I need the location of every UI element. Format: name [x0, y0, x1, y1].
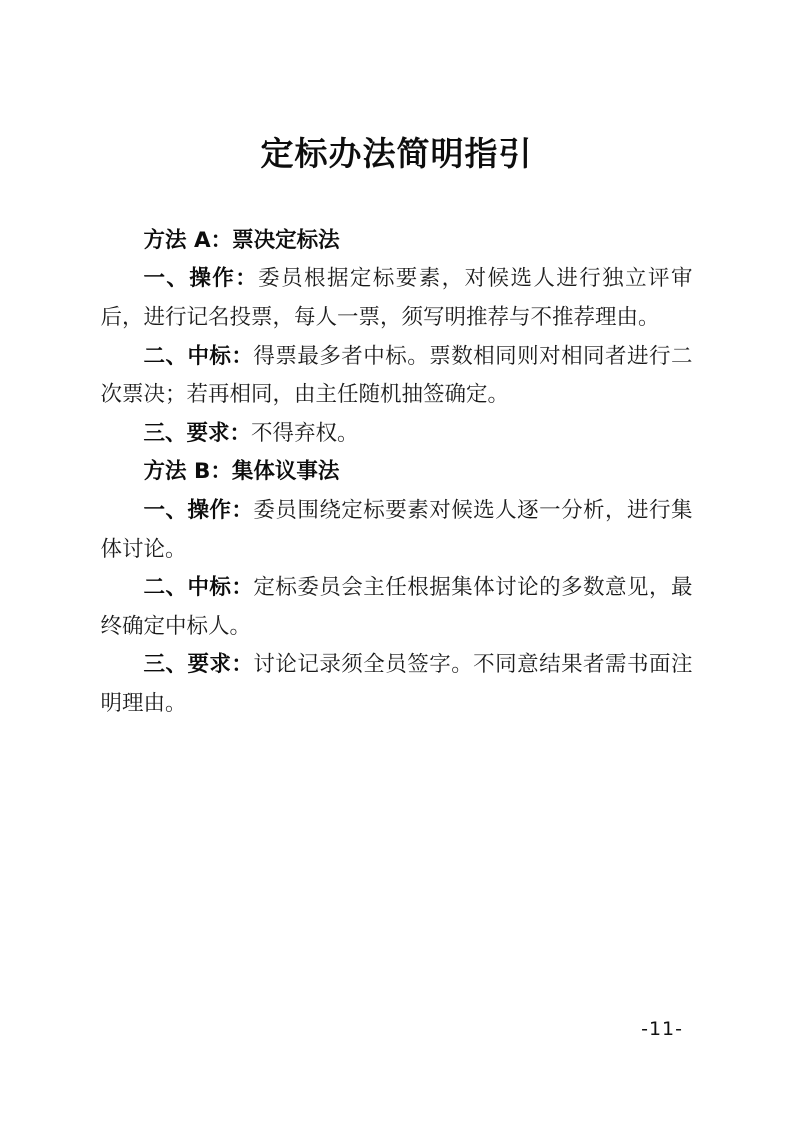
method-b-item-1: 一、操作：委员围绕定标要素对候选人逐一分析，进行集体讨论。 — [101, 492, 693, 569]
method-a-heading-label: 方法 A：票决定标法 — [144, 228, 340, 253]
method-b-item-2: 二、中标：定标委员会主任根据集体讨论的多数意见，最终确定中标人。 — [101, 569, 693, 646]
method-a-item-3-label: 三、要求： — [144, 421, 252, 446]
method-a-item-3-text: 不得弃权。 — [251, 421, 359, 446]
document-body: 方法 A：票决定标法 一、操作：委员根据定标要素，对候选人进行独立评审后，进行记… — [101, 222, 693, 724]
method-a-item-3: 三、要求：不得弃权。 — [101, 415, 693, 454]
page-number: -11- — [641, 1018, 683, 1040]
document-page: 定标办法简明指引 方法 A：票决定标法 一、操作：委员根据定标要素，对候选人进行… — [0, 0, 793, 1122]
method-b-item-1-label: 一、操作： — [144, 498, 254, 523]
method-b-item-3-label: 三、要求： — [144, 652, 254, 677]
page-title: 定标办法简明指引 — [0, 0, 793, 176]
method-a-item-2-label: 二、中标： — [144, 344, 254, 369]
method-b-item-2-label: 二、中标： — [144, 575, 254, 600]
method-a-heading: 方法 A：票决定标法 — [101, 222, 693, 261]
method-a-item-2: 二、中标：得票最多者中标。票数相同则对相同者进行二次票决；若再相同，由主任随机抽… — [101, 338, 693, 415]
method-a-item-1-label: 一、操作： — [144, 266, 259, 291]
method-b-heading-label: 方法 B：集体议事法 — [144, 459, 340, 484]
method-a-item-1: 一、操作：委员根据定标要素，对候选人进行独立评审后，进行记名投票，每人一票，须写… — [101, 260, 693, 337]
method-b-item-3: 三、要求：讨论记录须全员签字。不同意结果者需书面注明理由。 — [101, 646, 693, 723]
method-b-heading: 方法 B：集体议事法 — [101, 453, 693, 492]
